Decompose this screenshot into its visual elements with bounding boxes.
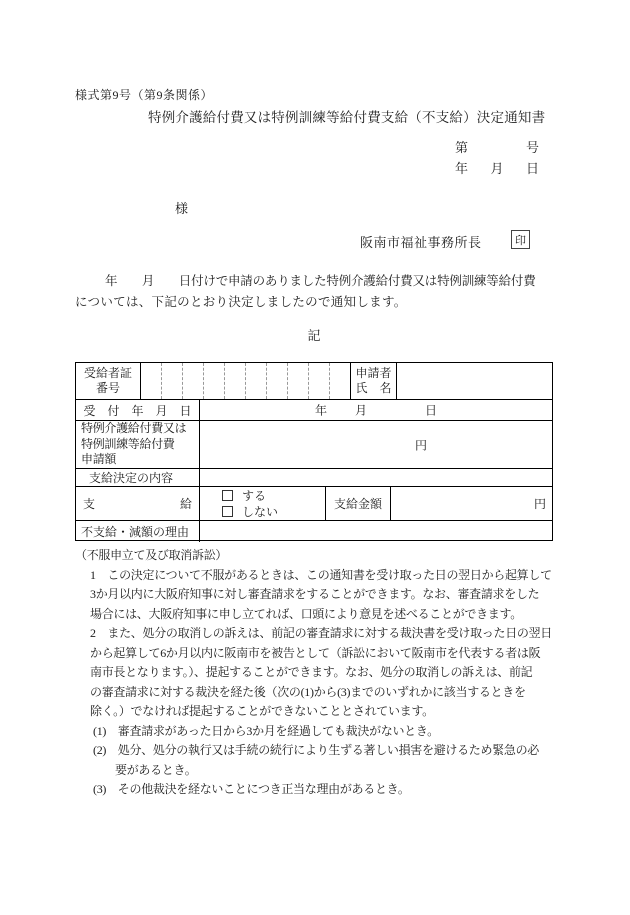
doc-number-prefix: 第: [455, 137, 468, 158]
cert-digit-box: [183, 363, 204, 399]
notes-line: 場合には、大阪府知事に申し立てれば、口頭により意見を述べることができます。: [90, 605, 575, 625]
date-year-label: 年: [455, 158, 468, 179]
checkbox-no-icon: [222, 506, 233, 517]
notes-line: (2) 処分、処分の執行又は手続の続行により生ずる著しい損害を避けるため緊急の必: [93, 741, 575, 761]
recipient-cert-label: 受給者証 番号: [76, 363, 140, 399]
notes-heading: （不服申立て及び取消訴訟）: [75, 546, 575, 566]
table-row: 不支給・減額の理由: [76, 520, 552, 542]
requested-amount-label-line2: 特例訓練等給付費: [81, 437, 175, 453]
payment-option-no-label: しない: [242, 504, 278, 520]
applicant-label-line1: 申請者: [355, 366, 391, 381]
reception-date-label: 受 付 年 月 日: [76, 400, 199, 420]
cert-digit-box: [246, 363, 267, 399]
applicant-label-line2: 氏 名: [355, 381, 391, 396]
payment-label-right: 給: [180, 495, 192, 512]
cert-digit-box: [162, 363, 183, 399]
recipient-cert-label-line2: 番号: [96, 381, 120, 396]
notes-line: から起算して6か月以内に阪南市を被告として（訴訟において阪南市を代表する者は阪: [90, 644, 575, 664]
body-paragraph-line2: については、下記のとおり決定しましたので通知します。: [75, 292, 407, 310]
requested-amount-label-line1: 特例介護給付費又は: [81, 421, 186, 437]
notes-line: の審査請求に対する裁決を経た後（次の(1)から(3)までのいずれかに該当するとき…: [90, 683, 575, 703]
decision-content-label: 支給決定の内容: [76, 469, 199, 486]
reception-date-value: 年 月 日: [199, 400, 554, 420]
notes-line: 3か月以内に大阪府知事に対し審査請求をすることができます。なお、審査請求をした: [90, 585, 575, 605]
requested-amount-unit: 円: [415, 436, 427, 453]
applicant-name-label: 申請者 氏 名: [350, 363, 396, 399]
notes-line: 1 この決定について不服があるときは、この通知書を受け取った日の翌日から起算して: [90, 566, 575, 586]
notes-line: 要があるとき。: [115, 761, 575, 781]
recipient-cert-label-line1: 受給者証: [84, 366, 132, 381]
checkbox-yes-icon: [222, 490, 233, 501]
notes-line: 除く。）でなければ提起することができないこととされています。: [90, 702, 575, 722]
doc-number-line: 第 号: [455, 137, 539, 158]
decision-content-value: [199, 469, 554, 486]
notes-line: 2 また、処分の取消しの訴えは、前記の審査請求に対する裁決書を受け取った日の翌日: [90, 624, 575, 644]
document-title: 特例介護給付費又は特例訓練等給付費支給（不支給）決定通知書: [148, 106, 545, 126]
cert-digit-box: [309, 363, 330, 399]
requested-amount-label-line3: 申請額: [81, 452, 116, 468]
table-row: 支給決定の内容: [76, 468, 552, 486]
ki-heading: 記: [75, 325, 553, 344]
payment-amount-value: 円: [390, 487, 554, 520]
date-day-label: 日: [526, 158, 539, 179]
cert-digit-box: [267, 363, 288, 399]
reception-day-label: 日: [425, 402, 437, 419]
doc-number-date-block: 第 号 年 月 日: [455, 137, 539, 179]
reception-month-label: 月: [355, 402, 367, 419]
recipient-cert-number-boxes: [140, 363, 350, 399]
reason-label: 不支給・減額の理由: [76, 521, 199, 542]
issue-date-line: 年 月 日: [455, 158, 539, 179]
cert-digit-box: [204, 363, 225, 399]
table-row: 受 付 年 月 日 年 月 日: [76, 399, 552, 420]
requested-amount-value: 円: [199, 421, 554, 468]
cert-digit-box: [330, 363, 350, 399]
payment-amount-unit: 円: [534, 495, 546, 512]
cert-digit-box: [141, 363, 162, 399]
payment-option-yes: する: [222, 488, 266, 504]
cert-digit-box: [225, 363, 246, 399]
appeal-notes: （不服申立て及び取消訴訟） 1 この決定について不服があるときは、この通知書を受…: [75, 546, 575, 800]
table-row: 特例介護給付費又は 特例訓練等給付費 申請額 円: [76, 420, 552, 468]
issuer-name: 阪南市福祉事務所長: [360, 232, 482, 251]
requested-amount-label: 特例介護給付費又は 特例訓練等給付費 申請額: [76, 421, 199, 468]
cert-digit-box: [288, 363, 309, 399]
form-number-label: 様式第9号（第9条関係）: [75, 86, 213, 103]
decision-table: 受給者証 番号 申請者 氏 名 受 付 年: [75, 362, 553, 541]
payment-options: する しない: [199, 487, 325, 520]
notes-line: (3) その他裁決を経ないことにつき正当な理由があるとき。: [93, 780, 575, 800]
payment-amount-label: 支給金額: [325, 487, 390, 520]
payment-option-yes-label: する: [242, 488, 266, 504]
applicant-name-value: [396, 363, 554, 399]
reason-value: [199, 521, 554, 542]
date-month-label: 月: [490, 158, 503, 179]
reception-year-label: 年: [315, 402, 327, 419]
notes-line: (1) 審査請求があった日から3か月を経過しても裁決がないとき。: [93, 722, 575, 742]
addressee-suffix: 様: [175, 198, 188, 217]
payment-label-left: 支: [83, 495, 95, 512]
notes-line: 南市長となります。）、提起することができます。なお、処分の取消しの訴えは、前記: [90, 663, 575, 683]
payment-option-no: しない: [222, 504, 278, 520]
doc-number-suffix: 号: [526, 137, 539, 158]
body-paragraph-line1: 年 月 日付けで申請のありました特例介護給付費又は特例訓練等給付費: [105, 271, 536, 289]
payment-label: 支 給: [76, 487, 199, 520]
table-row: 受給者証 番号 申請者 氏 名: [76, 363, 552, 399]
seal-box: 印: [511, 230, 530, 249]
table-row: 支 給 する しない 支給金額 円: [76, 486, 552, 520]
